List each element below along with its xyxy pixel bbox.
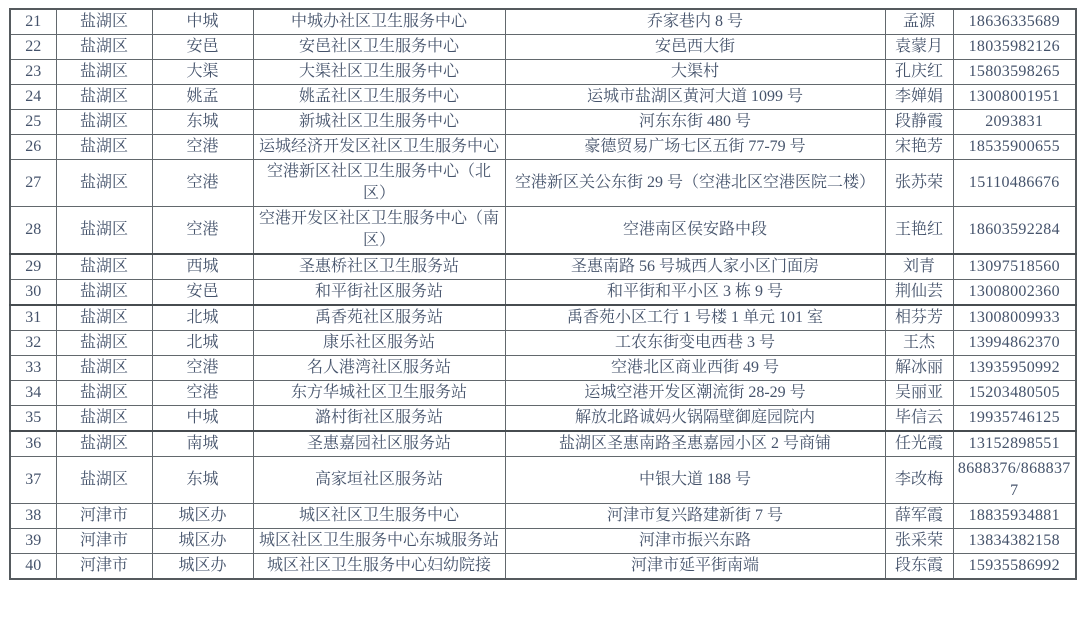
cell-name: 康乐社区服务站	[253, 331, 505, 356]
table-row: 35盐湖区中城潞村街社区服务站解放北路诚妈火锅隔壁御庭园院内毕信云1993574…	[10, 406, 1076, 432]
cell-name: 姚孟社区卫生服务中心	[253, 85, 505, 110]
cell-contact: 李改梅	[885, 457, 953, 504]
cell-contact: 段静霞	[885, 110, 953, 135]
cell-street: 空港	[152, 207, 253, 255]
cell-num: 26	[10, 135, 56, 160]
cell-district: 盐湖区	[56, 35, 152, 60]
cell-name: 城区社区卫生服务中心东城服务站	[253, 529, 505, 554]
cell-num: 33	[10, 356, 56, 381]
document-page: 21盐湖区中城中城办社区卫生服务中心乔家巷内 8 号孟源186363356892…	[0, 0, 1083, 621]
cell-name: 大渠社区卫生服务中心	[253, 60, 505, 85]
cell-contact: 张苏荣	[885, 160, 953, 207]
cell-phone: 13008002360	[953, 280, 1076, 306]
cell-num: 30	[10, 280, 56, 306]
cell-address: 大渠村	[505, 60, 885, 85]
cell-district: 盐湖区	[56, 9, 152, 35]
cell-num: 27	[10, 160, 56, 207]
cell-street: 中城	[152, 9, 253, 35]
table-row: 26盐湖区空港运城经济开发区社区卫生服务中心豪德贸易广场七区五街 77-79 号…	[10, 135, 1076, 160]
cell-address: 空港北区商业西街 49 号	[505, 356, 885, 381]
cell-street: 北城	[152, 331, 253, 356]
cell-contact: 刘青	[885, 254, 953, 280]
cell-street: 城区办	[152, 529, 253, 554]
cell-name: 新城社区卫生服务中心	[253, 110, 505, 135]
cell-num: 25	[10, 110, 56, 135]
cell-district: 河津市	[56, 554, 152, 580]
cell-address: 工农东街变电西巷 3 号	[505, 331, 885, 356]
cell-name: 禹香苑社区服务站	[253, 305, 505, 331]
cell-district: 盐湖区	[56, 160, 152, 207]
cell-street: 空港	[152, 160, 253, 207]
cell-street: 城区办	[152, 504, 253, 529]
cell-district: 盐湖区	[56, 135, 152, 160]
cell-address: 河津市振兴东路	[505, 529, 885, 554]
cell-name: 空港开发区社区卫生服务中心（南区）	[253, 207, 505, 255]
cell-address: 空港新区关公东街 29 号（空港北区空港医院二楼）	[505, 160, 885, 207]
cell-contact: 薛军霞	[885, 504, 953, 529]
cell-name: 和平街社区服务站	[253, 280, 505, 306]
cell-street: 西城	[152, 254, 253, 280]
cell-phone: 19935746125	[953, 406, 1076, 432]
cell-district: 盐湖区	[56, 280, 152, 306]
cell-phone: 15203480505	[953, 381, 1076, 406]
table-row: 28盐湖区空港空港开发区社区卫生服务中心（南区）空港南区侯安路中段王艳红1860…	[10, 207, 1076, 255]
cell-address: 河津市延平街南端	[505, 554, 885, 580]
cell-phone: 13008001951	[953, 85, 1076, 110]
cell-phone: 18636335689	[953, 9, 1076, 35]
cell-num: 23	[10, 60, 56, 85]
cell-contact: 李婵娟	[885, 85, 953, 110]
cell-street: 东城	[152, 457, 253, 504]
cell-district: 河津市	[56, 529, 152, 554]
cell-street: 中城	[152, 406, 253, 432]
cell-phone: 8688376/8688377	[953, 457, 1076, 504]
table-row: 30盐湖区安邑和平街社区服务站和平街和平小区 3 栋 9 号荆仙芸1300800…	[10, 280, 1076, 306]
cell-district: 河津市	[56, 504, 152, 529]
cell-street: 空港	[152, 381, 253, 406]
cell-street: 南城	[152, 431, 253, 457]
cell-contact: 解冰丽	[885, 356, 953, 381]
cell-contact: 孟源	[885, 9, 953, 35]
cell-district: 盐湖区	[56, 381, 152, 406]
cell-street: 北城	[152, 305, 253, 331]
cell-phone: 18835934881	[953, 504, 1076, 529]
cell-street: 安邑	[152, 35, 253, 60]
cell-address: 河东东街 480 号	[505, 110, 885, 135]
cell-address: 禹香苑小区工行 1 号楼 1 单元 101 室	[505, 305, 885, 331]
table-row: 40河津市城区办城区社区卫生服务中心妇幼院接河津市延平街南端段东霞1593558…	[10, 554, 1076, 580]
cell-phone: 13008009933	[953, 305, 1076, 331]
cell-name: 安邑社区卫生服务中心	[253, 35, 505, 60]
cell-num: 36	[10, 431, 56, 457]
cell-district: 盐湖区	[56, 60, 152, 85]
cell-contact: 王艳红	[885, 207, 953, 255]
cell-street: 姚孟	[152, 85, 253, 110]
cell-street: 东城	[152, 110, 253, 135]
cell-street: 空港	[152, 135, 253, 160]
table-row: 38河津市城区办城区社区卫生服务中心河津市复兴路建新街 7 号薛军霞188359…	[10, 504, 1076, 529]
table-row: 37盐湖区东城高家垣社区服务站中银大道 188 号李改梅8688376/8688…	[10, 457, 1076, 504]
table-row: 34盐湖区空港东方华城社区卫生服务站运城空港开发区潮流街 28-29 号吴丽亚1…	[10, 381, 1076, 406]
cell-district: 盐湖区	[56, 431, 152, 457]
cell-street: 安邑	[152, 280, 253, 306]
cell-district: 盐湖区	[56, 305, 152, 331]
cell-district: 盐湖区	[56, 85, 152, 110]
table-row: 27盐湖区空港空港新区社区卫生服务中心（北区）空港新区关公东街 29 号（空港北…	[10, 160, 1076, 207]
cell-district: 盐湖区	[56, 457, 152, 504]
table-row: 21盐湖区中城中城办社区卫生服务中心乔家巷内 8 号孟源18636335689	[10, 9, 1076, 35]
cell-phone: 15110486676	[953, 160, 1076, 207]
cell-num: 35	[10, 406, 56, 432]
cell-phone: 13935950992	[953, 356, 1076, 381]
cell-name: 东方华城社区卫生服务站	[253, 381, 505, 406]
cell-name: 城区社区卫生服务中心	[253, 504, 505, 529]
cell-num: 40	[10, 554, 56, 580]
cell-address: 运城市盐湖区黄河大道 1099 号	[505, 85, 885, 110]
cell-district: 盐湖区	[56, 331, 152, 356]
cell-district: 盐湖区	[56, 207, 152, 255]
table-row: 29盐湖区西城圣惠桥社区卫生服务站圣惠南路 56 号城西人家小区门面房刘青130…	[10, 254, 1076, 280]
cell-address: 安邑西大街	[505, 35, 885, 60]
cell-address: 乔家巷内 8 号	[505, 9, 885, 35]
cell-phone: 15803598265	[953, 60, 1076, 85]
cell-address: 和平街和平小区 3 栋 9 号	[505, 280, 885, 306]
cell-num: 38	[10, 504, 56, 529]
cell-contact: 宋艳芳	[885, 135, 953, 160]
cell-street: 空港	[152, 356, 253, 381]
cell-num: 28	[10, 207, 56, 255]
table-row: 32盐湖区北城康乐社区服务站工农东街变电西巷 3 号王杰13994862370	[10, 331, 1076, 356]
cell-contact: 相芬芳	[885, 305, 953, 331]
cell-num: 32	[10, 331, 56, 356]
cell-address: 河津市复兴路建新街 7 号	[505, 504, 885, 529]
cell-name: 圣惠嘉园社区服务站	[253, 431, 505, 457]
cell-name: 中城办社区卫生服务中心	[253, 9, 505, 35]
cell-phone: 18603592284	[953, 207, 1076, 255]
table-body: 21盐湖区中城中城办社区卫生服务中心乔家巷内 8 号孟源186363356892…	[10, 9, 1076, 579]
cell-phone: 15935586992	[953, 554, 1076, 580]
cell-num: 29	[10, 254, 56, 280]
cell-contact: 王杰	[885, 331, 953, 356]
cell-phone: 18035982126	[953, 35, 1076, 60]
cell-address: 圣惠南路 56 号城西人家小区门面房	[505, 254, 885, 280]
cell-district: 盐湖区	[56, 406, 152, 432]
cell-num: 21	[10, 9, 56, 35]
cell-name: 名人港湾社区服务站	[253, 356, 505, 381]
cell-contact: 吴丽亚	[885, 381, 953, 406]
cell-district: 盐湖区	[56, 356, 152, 381]
table-row: 24盐湖区姚孟姚孟社区卫生服务中心运城市盐湖区黄河大道 1099 号李婵娟130…	[10, 85, 1076, 110]
cell-contact: 段东霞	[885, 554, 953, 580]
cell-name: 高家垣社区服务站	[253, 457, 505, 504]
cell-num: 22	[10, 35, 56, 60]
cell-contact: 孔庆红	[885, 60, 953, 85]
cell-name: 潞村街社区服务站	[253, 406, 505, 432]
cell-num: 37	[10, 457, 56, 504]
cell-address: 空港南区侯安路中段	[505, 207, 885, 255]
cell-address: 解放北路诚妈火锅隔壁御庭园院内	[505, 406, 885, 432]
cell-phone: 13152898551	[953, 431, 1076, 457]
cell-address: 中银大道 188 号	[505, 457, 885, 504]
cell-name: 空港新区社区卫生服务中心（北区）	[253, 160, 505, 207]
cell-name: 圣惠桥社区卫生服务站	[253, 254, 505, 280]
health-centers-table: 21盐湖区中城中城办社区卫生服务中心乔家巷内 8 号孟源186363356892…	[9, 8, 1077, 580]
cell-contact: 任光霞	[885, 431, 953, 457]
table-row: 25盐湖区东城新城社区卫生服务中心河东东街 480 号段静霞2093831	[10, 110, 1076, 135]
cell-phone: 13994862370	[953, 331, 1076, 356]
cell-contact: 张采荣	[885, 529, 953, 554]
cell-num: 31	[10, 305, 56, 331]
cell-contact: 荆仙芸	[885, 280, 953, 306]
cell-address: 盐湖区圣惠南路圣惠嘉园小区 2 号商铺	[505, 431, 885, 457]
cell-name: 运城经济开发区社区卫生服务中心	[253, 135, 505, 160]
cell-phone: 13097518560	[953, 254, 1076, 280]
cell-num: 24	[10, 85, 56, 110]
table-row: 33盐湖区空港名人港湾社区服务站空港北区商业西街 49 号解冰丽13935950…	[10, 356, 1076, 381]
table-row: 39河津市城区办城区社区卫生服务中心东城服务站河津市振兴东路张采荣1383438…	[10, 529, 1076, 554]
cell-address: 运城空港开发区潮流街 28-29 号	[505, 381, 885, 406]
table-row: 23盐湖区大渠大渠社区卫生服务中心大渠村孔庆红15803598265	[10, 60, 1076, 85]
cell-street: 大渠	[152, 60, 253, 85]
cell-name: 城区社区卫生服务中心妇幼院接	[253, 554, 505, 580]
cell-phone: 2093831	[953, 110, 1076, 135]
table-row: 31盐湖区北城禹香苑社区服务站禹香苑小区工行 1 号楼 1 单元 101 室相芬…	[10, 305, 1076, 331]
cell-num: 34	[10, 381, 56, 406]
table-row: 22盐湖区安邑安邑社区卫生服务中心安邑西大街袁蒙月18035982126	[10, 35, 1076, 60]
cell-district: 盐湖区	[56, 110, 152, 135]
table-row: 36盐湖区南城圣惠嘉园社区服务站盐湖区圣惠南路圣惠嘉园小区 2 号商铺任光霞13…	[10, 431, 1076, 457]
cell-phone: 18535900655	[953, 135, 1076, 160]
cell-contact: 袁蒙月	[885, 35, 953, 60]
cell-contact: 毕信云	[885, 406, 953, 432]
cell-num: 39	[10, 529, 56, 554]
cell-street: 城区办	[152, 554, 253, 580]
cell-phone: 13834382158	[953, 529, 1076, 554]
cell-address: 豪德贸易广场七区五街 77-79 号	[505, 135, 885, 160]
cell-district: 盐湖区	[56, 254, 152, 280]
